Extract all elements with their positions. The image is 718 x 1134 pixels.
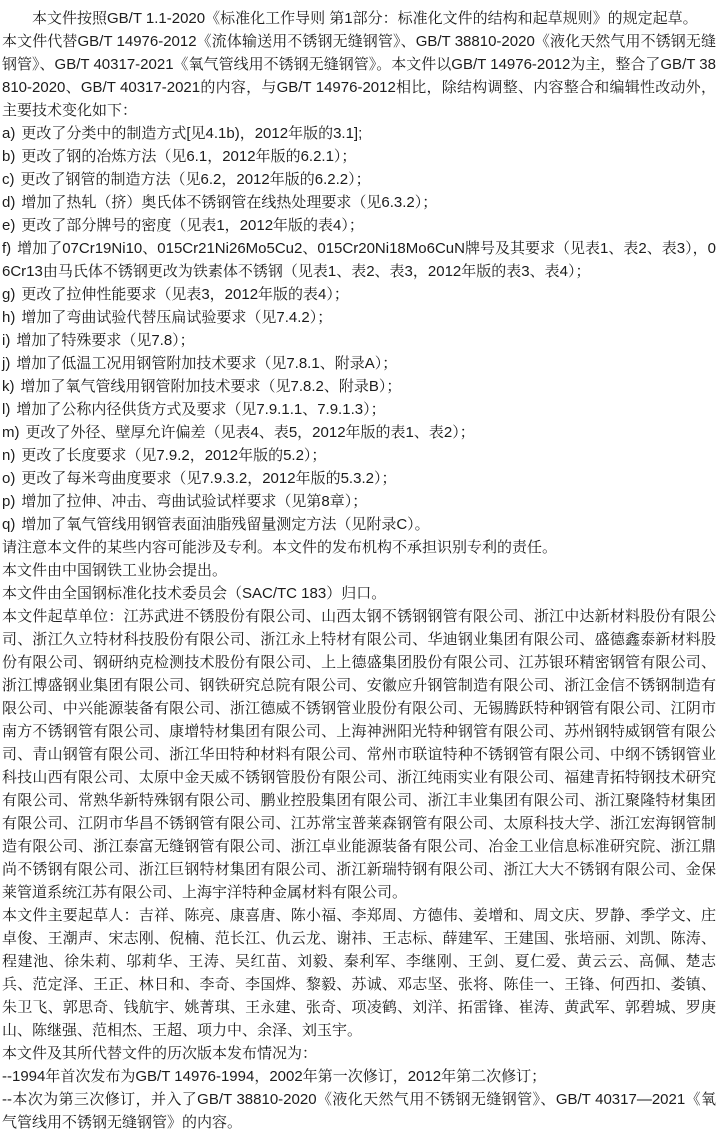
change-item-label: c): [2, 171, 15, 188]
change-item-label: p): [2, 493, 15, 510]
change-item-f: f)增加了07Cr19Ni10、015Cr21Ni26Mo5Cu2、015Cr2…: [2, 237, 716, 283]
change-item-i: i)增加了特殊要求（见7.8）；: [2, 329, 716, 352]
change-item-text: 增加了07Cr19Ni10、015Cr21Ni26Mo5Cu2、015Cr20N…: [2, 240, 716, 280]
change-item-text: 增加了热轧（挤）奥氏体不锈钢管在线热处理要求（见6.3.2）；: [21, 194, 437, 211]
change-item-n: n)更改了长度要求（见7.9.2，2012年版的5.2）；: [2, 444, 716, 467]
change-item-label: b): [2, 148, 15, 165]
change-item-text: 更改了长度要求（见7.9.2，2012年版的5.2）；: [21, 447, 326, 464]
change-item-g: g)更改了拉伸性能要求（见表3，2012年版的表4）；: [2, 283, 716, 306]
change-item-q: q)增加了氧气管线用钢管表面油脂残留量测定方法（见附录C）。: [2, 513, 716, 536]
change-item-text: 增加了低温工况用钢管附加技术要求（见7.8.1、附录A）；: [16, 355, 397, 372]
change-item-label: n): [2, 447, 15, 464]
change-item-text: 更改了拉伸性能要求（见表3，2012年版的表4）；: [21, 286, 349, 303]
change-item-text: 更改了钢管的制造方法（见6.2，2012年版的6.2.2）；: [21, 171, 371, 188]
change-item-label: i): [2, 332, 10, 349]
change-item-h: h)增加了弯曲试验代替压扁试验要求（见7.4.2）；: [2, 306, 716, 329]
change-item-label: j): [2, 355, 10, 372]
change-item-text: 增加了公称内径供货方式及要求（见7.9.1.1、7.9.1.3）；: [16, 401, 385, 418]
revision-history-heading: 本文件及其所代替文件的历次版本发布情况为：: [2, 1042, 716, 1065]
change-item-text: 增加了特殊要求（见7.8）；: [16, 332, 194, 349]
change-item-label: m): [2, 424, 20, 441]
change-item-text: 增加了拉伸、冲击、弯曲试验试样要求（见第8章）；: [21, 493, 367, 510]
change-item-text: 更改了每米弯曲度要求（见7.9.3.2，2012年版的5.3.2）；: [21, 470, 396, 487]
change-item-text: 更改了外径、壁厚允许偏差（见表4、表5，2012年版的表1、表2）；: [26, 424, 475, 441]
change-item-p: p)增加了拉伸、冲击、弯曲试验试样要求（见第8章）；: [2, 490, 716, 513]
change-item-label: q): [2, 516, 15, 533]
main-drafters-paragraph: 本文件主要起草人：吉祥、陈亮、康喜唐、陈小福、李郑周、方德伟、姜增和、周文庆、罗…: [2, 904, 716, 1042]
standard-foreword-page: 本文件按照GB/T 1.1-2020《标准化工作导则 第1部分：标准化文件的结构…: [0, 0, 718, 1134]
replacement-note-paragraph: 本文件代替GB/T 14976-2012《流体输送用不锈钢无缝钢管》、GB/T …: [2, 30, 716, 122]
proposed-by-paragraph: 本文件由中国钢铁工业协会提出。: [2, 559, 716, 582]
centralized-by-paragraph: 本文件由全国钢标准化技术委员会（SAC/TC 183）归口。: [2, 582, 716, 605]
change-item-label: k): [2, 378, 15, 395]
drafting-basis-paragraph: 本文件按照GB/T 1.1-2020《标准化工作导则 第1部分：标准化文件的结构…: [2, 7, 716, 30]
change-item-e: e)更改了部分牌号的密度（见表1，2012年版的表4）；: [2, 214, 716, 237]
change-item-a: a)更改了分类中的制造方式[见4.1b)，2012年版的3.1];: [2, 122, 716, 145]
change-item-b: b)更改了钢的冶炼方法（见6.1，2012年版的6.2.1）；: [2, 145, 716, 168]
change-item-label: o): [2, 470, 15, 487]
change-item-d: d)增加了热轧（挤）奥氏体不锈钢管在线热处理要求（见6.3.2）；: [2, 191, 716, 214]
change-item-text: 更改了分类中的制造方式[见4.1b)，2012年版的3.1];: [21, 125, 362, 142]
revision-history-entry-1: --1994年首次发布为GB/T 14976-1994，2002年第一次修订，2…: [2, 1065, 716, 1088]
revision-history-entry-2: --本次为第三次修订，并入了GB/T 38810-2020《液化天然气用不锈钢无…: [2, 1088, 716, 1134]
change-item-m: m)更改了外径、壁厚允许偏差（见表4、表5，2012年版的表1、表2）；: [2, 421, 716, 444]
change-item-text: 增加了氧气管线用钢管附加技术要求（见7.8.2、附录B）；: [21, 378, 402, 395]
change-item-label: a): [2, 125, 15, 142]
change-item-k: k)增加了氧气管线用钢管附加技术要求（见7.8.2、附录B）；: [2, 375, 716, 398]
change-item-label: g): [2, 286, 15, 303]
change-item-label: f): [2, 240, 11, 257]
change-item-label: l): [2, 401, 10, 418]
change-item-text: 增加了氧气管线用钢管表面油脂残留量测定方法（见附录C）。: [21, 516, 429, 533]
change-item-text: 增加了弯曲试验代替压扁试验要求（见7.4.2）；: [21, 309, 332, 326]
change-item-c: c)更改了钢管的制造方法（见6.2，2012年版的6.2.2）；: [2, 168, 716, 191]
change-item-j: j)增加了低温工况用钢管附加技术要求（见7.8.1、附录A）；: [2, 352, 716, 375]
change-item-label: d): [2, 194, 15, 211]
change-item-l: l)增加了公称内径供货方式及要求（见7.9.1.1、7.9.1.3）；: [2, 398, 716, 421]
change-item-text: 更改了钢的冶炼方法（见6.1，2012年版的6.2.1）；: [21, 148, 356, 165]
change-item-label: h): [2, 309, 15, 326]
patent-notice-paragraph: 请注意本文件的某些内容可能涉及专利。本文件的发布机构不承担识别专利的责任。: [2, 536, 716, 559]
drafting-units-paragraph: 本文件起草单位：江苏武进不锈股份有限公司、山西太钢不锈钢钢管有限公司、浙江中达新…: [2, 605, 716, 904]
change-item-o: o)更改了每米弯曲度要求（见7.9.3.2，2012年版的5.3.2）；: [2, 467, 716, 490]
change-item-label: e): [2, 217, 15, 234]
change-item-text: 更改了部分牌号的密度（见表1，2012年版的表4）；: [21, 217, 364, 234]
